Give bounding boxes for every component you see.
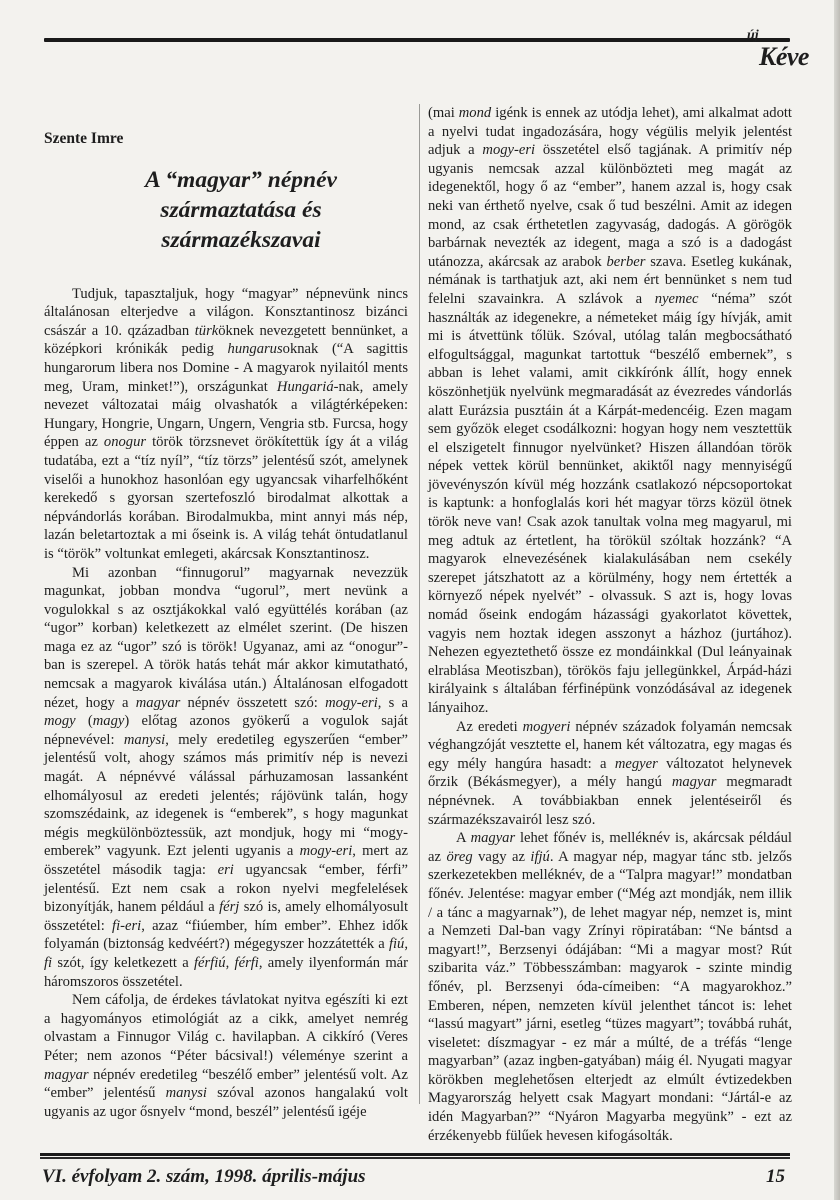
emphasized-term: magyar bbox=[672, 774, 717, 790]
emphasized-term: mogy-eri bbox=[300, 843, 353, 859]
emphasized-term: mogy-eri bbox=[482, 142, 535, 158]
logo-name: Kéve bbox=[759, 42, 809, 72]
page-edge bbox=[834, 0, 840, 1200]
article-title: A “magyar” népnév származtatása és szárm… bbox=[74, 165, 408, 255]
emphasized-term: manysi bbox=[124, 732, 165, 748]
footer-rule bbox=[40, 1153, 790, 1159]
title-line: származékszavai bbox=[74, 225, 408, 255]
emphasized-term: mogyeri bbox=[523, 719, 571, 735]
emphasized-term: onogur bbox=[104, 434, 146, 450]
emphasized-term: férfiú bbox=[194, 955, 226, 971]
emphasized-term: fi bbox=[44, 955, 52, 971]
header-rule bbox=[44, 38, 790, 42]
emphasized-term: manysi bbox=[166, 1085, 207, 1101]
paragraph: A magyar lehet főnév is, melléknév is, a… bbox=[428, 829, 792, 1145]
paragraph: Az eredeti mogyeri népnév századok folya… bbox=[428, 718, 792, 830]
paragraph: Mi azonban “finnugorul” magyarnak nevezz… bbox=[44, 564, 408, 992]
paragraph: Nem cáfolja, de érdekes távlatokat nyitv… bbox=[44, 991, 408, 1121]
paragraph: Tudjuk, tapasztaljuk, hogy “magyar” népn… bbox=[44, 285, 408, 564]
emphasized-term: magyar bbox=[136, 695, 181, 711]
emphasized-term: mogy-eri bbox=[325, 695, 378, 711]
emphasized-term: mogy bbox=[44, 713, 76, 729]
logo-prefix: új bbox=[747, 28, 759, 44]
emphasized-term: megyer bbox=[615, 756, 658, 772]
emphasized-term: férj bbox=[219, 899, 239, 915]
emphasized-term: eri bbox=[218, 862, 234, 878]
title-line: A “magyar” népnév bbox=[74, 165, 408, 195]
emphasized-term: mond bbox=[459, 105, 491, 121]
emphasized-term: magyar bbox=[471, 830, 516, 846]
page-number: 15 bbox=[766, 1166, 785, 1188]
emphasized-term: fi-eri bbox=[112, 918, 141, 934]
emphasized-term: fiú bbox=[389, 936, 404, 952]
emphasized-term: magy bbox=[93, 713, 125, 729]
emphasized-term: nyemec bbox=[655, 291, 699, 307]
emphasized-term: Hungariá bbox=[277, 379, 334, 395]
emphasized-term: öreg bbox=[446, 849, 472, 865]
emphasized-term: berber bbox=[607, 254, 646, 270]
left-column: Szente Imre A “magyar” népnév származtat… bbox=[44, 104, 408, 1121]
emphasized-term: türk bbox=[195, 323, 219, 339]
title-line: származtatása és bbox=[74, 195, 408, 225]
emphasized-term: magyar bbox=[44, 1067, 89, 1083]
column-divider bbox=[419, 104, 420, 1104]
paragraph: (mai mond igénk is ennek az utódja lehet… bbox=[428, 104, 792, 718]
emphasized-term: ifjú bbox=[530, 849, 549, 865]
emphasized-term: hungarus bbox=[228, 341, 283, 357]
article-author: Szente Imre bbox=[44, 130, 408, 149]
issue-info: VI. évfolyam 2. szám, 1998. április-máju… bbox=[42, 1166, 366, 1188]
emphasized-term: férfi bbox=[235, 955, 259, 971]
right-column: (mai mond igénk is ennek az utódja lehet… bbox=[428, 104, 792, 1145]
